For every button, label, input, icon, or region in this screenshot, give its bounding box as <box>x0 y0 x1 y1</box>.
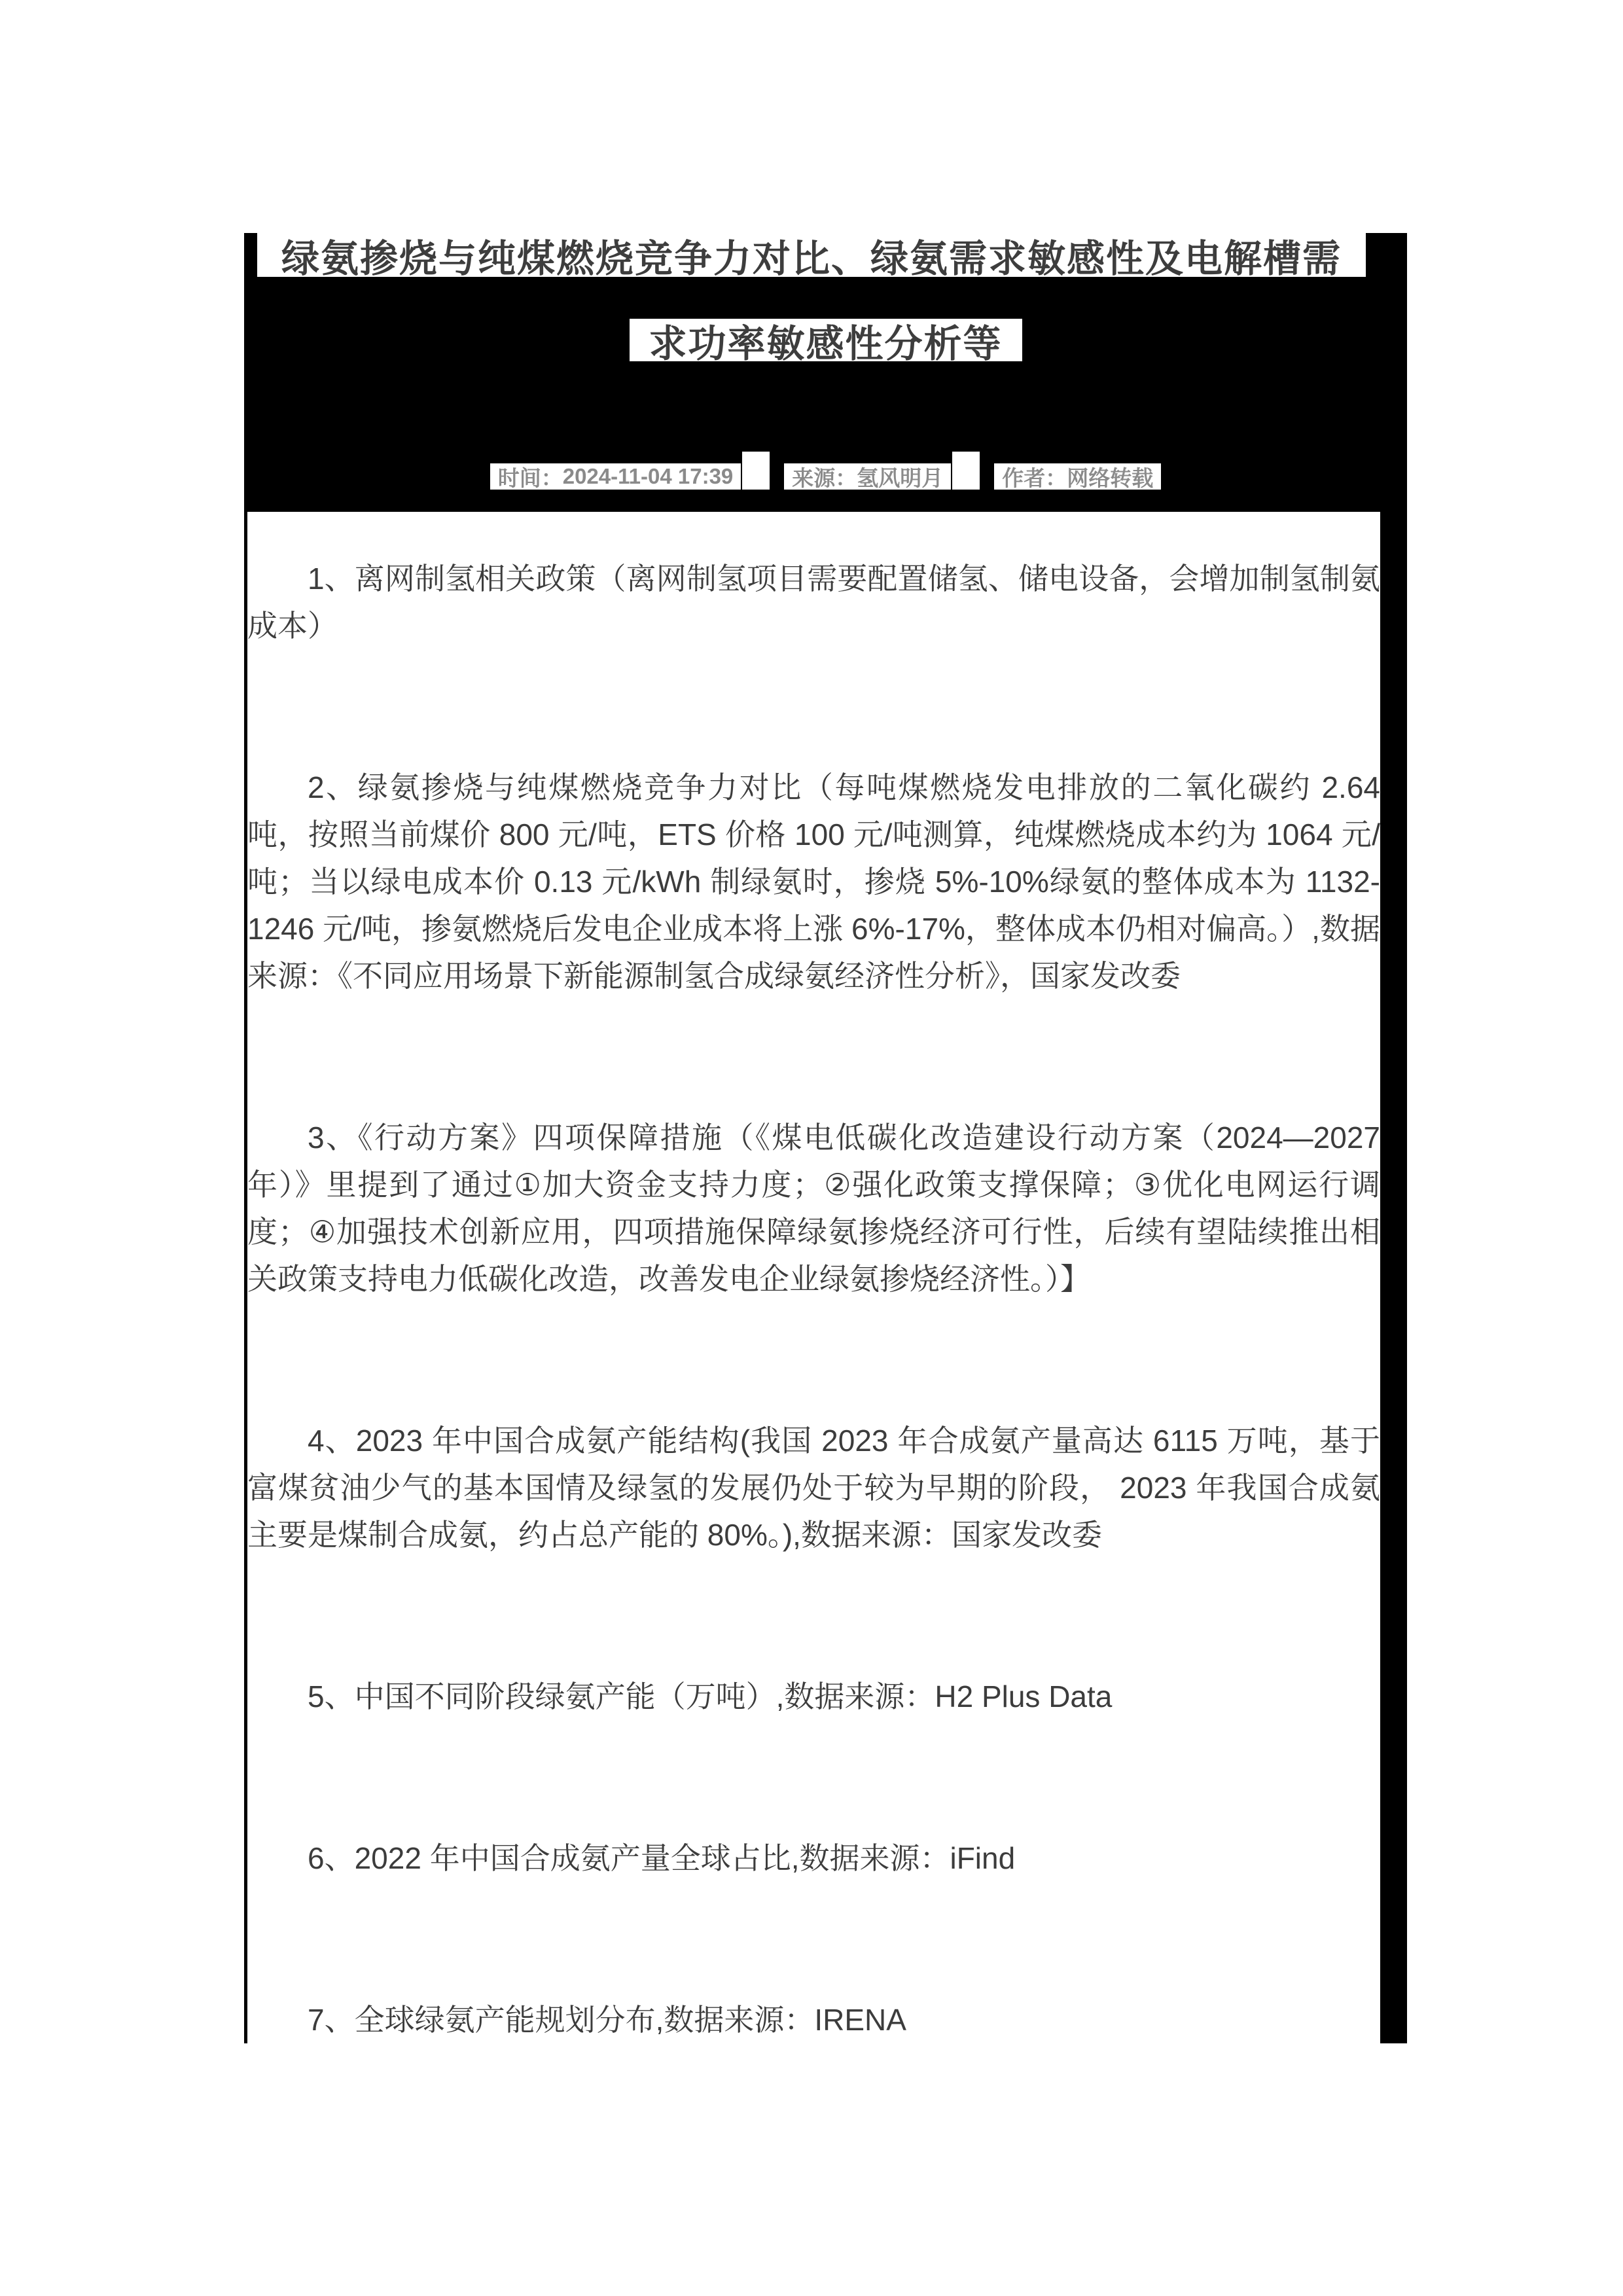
meta-separator-block <box>952 452 980 490</box>
paragraph-5: 5、中国不同阶段绿氨产能（万吨）,数据来源：H2 Plus Data <box>247 1673 1380 1720</box>
meta-source-label: 来源： <box>792 461 857 492</box>
paragraph-2: 2、绿氨掺烧与纯煤燃烧竞争力对比（每吨煤燃烧发电排放的二氧化碳约 2.64 吨，… <box>247 764 1380 999</box>
paragraph-7: 7、全球绿氨产能规划分布,数据来源：IRENA <box>247 1996 1380 2043</box>
meta-author: 作者： 网络转载 <box>994 463 1161 490</box>
article-body: 1、离网制氢相关政策（离网制氢项目需要配置储氢、储电设备，会增加制氢制氨成本） … <box>244 512 1380 2043</box>
article-meta-row: 时间： 2024-11-04 17:39 来源： 氢风明月 作者： 网络转载 <box>244 452 1407 490</box>
meta-separator-block <box>742 452 770 490</box>
page-title-line-2: 求功率敏感性分析等 <box>629 319 1022 361</box>
paragraph-1: 1、离网制氢相关政策（离网制氢项目需要配置储氢、储电设备，会增加制氢制氨成本） <box>247 555 1380 649</box>
article-body-wrap: 1、离网制氢相关政策（离网制氢项目需要配置储氢、储电设备，会增加制氢制氨成本） … <box>244 512 1407 2043</box>
paragraph-4: 4、2023 年中国合成氨产能结构(我国 2023 年合成氨产量高达 6115 … <box>247 1417 1380 1558</box>
meta-time-label: 时间： <box>498 461 563 492</box>
meta-source: 来源： 氢风明月 <box>784 463 951 490</box>
meta-author-label: 作者： <box>1002 461 1067 492</box>
meta-source-value: 氢风明月 <box>857 461 943 492</box>
article-header-banner: 绿氨掺烧与纯煤燃烧竞争力对比、绿氨需求敏感性及电解槽需 求功率敏感性分析等 时间… <box>244 233 1407 512</box>
content-column: 绿氨掺烧与纯煤燃烧竞争力对比、绿氨需求敏感性及电解槽需 求功率敏感性分析等 时间… <box>244 233 1407 2043</box>
paragraph-3: 3、《行动方案》四项保障措施（《煤电低碳化改造建设行动方案（2024—2027年… <box>247 1114 1380 1302</box>
page: 绿氨掺烧与纯煤燃烧竞争力对比、绿氨需求敏感性及电解槽需 求功率敏感性分析等 时间… <box>0 0 1623 2296</box>
meta-time: 时间： 2024-11-04 17:39 <box>490 463 741 490</box>
paragraph-6: 6、2022 年中国合成氨产量全球占比,数据来源：iFind <box>247 1835 1380 1882</box>
meta-time-value: 2024-11-04 17:39 <box>563 464 734 489</box>
meta-author-value: 网络转载 <box>1067 461 1153 492</box>
right-black-strip <box>1380 512 1407 2043</box>
page-title-line-1: 绿氨掺烧与纯煤燃烧竞争力对比、绿氨需求敏感性及电解槽需 <box>257 233 1366 277</box>
